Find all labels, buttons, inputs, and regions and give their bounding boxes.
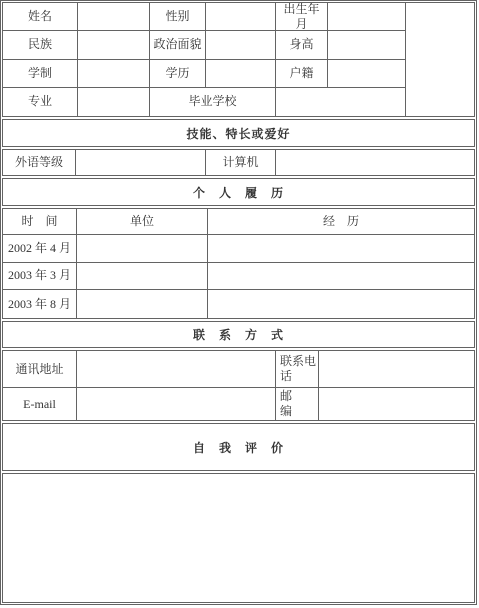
grad-school-value-cell[interactable] [276,88,406,116]
self-evaluation-content-cell[interactable] [2,473,475,603]
email-value-cell[interactable] [77,388,276,420]
grad-school-label: 毕业学校 [150,88,276,116]
history-row-time: 2002 年 4 月 [3,235,77,263]
history-row-time: 2003 年 3 月 [3,263,77,291]
skills-table: 外语等级 计算机 [2,149,475,176]
political-status-value-cell[interactable] [206,31,276,59]
self-evaluation-section-header: 自 我 评 价 [2,423,475,471]
history-row-unit-cell[interactable] [77,235,208,263]
schooling-value-cell[interactable] [78,60,150,88]
foreign-language-value-cell[interactable] [76,150,206,175]
history-row-experience-cell[interactable] [208,263,474,291]
ethnicity-label: 民族 [3,31,78,59]
history-col-time: 时 间 [3,209,77,235]
phone-label: 联系电 话 [276,351,319,388]
height-value-cell[interactable] [328,31,406,59]
gender-label: 性别 [150,3,206,31]
history-col-unit: 单位 [77,209,208,235]
history-row-experience-cell[interactable] [208,290,474,318]
birth-date-value-cell[interactable] [328,3,406,31]
gender-value-cell[interactable] [206,3,276,31]
computer-value-cell[interactable] [276,150,474,175]
history-table: 时 间 单位 经 历 2002 年 4 月 2003 年 3 月 2003 年 … [2,208,475,319]
history-row-unit-cell[interactable] [77,290,208,318]
major-label: 专业 [3,88,78,116]
history-col-experience: 经 历 [208,209,474,235]
history-section-header: 个 人 履 历 [2,178,475,206]
schooling-label: 学制 [3,60,78,88]
address-value-cell[interactable] [77,351,276,388]
contact-section-header: 联 系 方 式 [2,321,475,348]
form-outer-frame: 姓名 性别 出生年 月 民族 政治面貌 身高 学制 学历 户籍 专业 毕业学校 [0,0,477,605]
foreign-language-label: 外语等级 [3,150,76,175]
registry-value-cell[interactable] [328,60,406,88]
postal-code-value-cell[interactable] [319,388,474,420]
postal-code-label: 邮 编 [276,388,319,420]
computer-label: 计算机 [206,150,276,175]
political-status-label: 政治面貌 [150,31,206,59]
personal-info-table: 姓名 性别 出生年 月 民族 政治面貌 身高 学制 学历 户籍 专业 毕业学校 [2,2,475,117]
ethnicity-value-cell[interactable] [78,31,150,59]
photo-cell[interactable] [406,3,474,116]
name-label: 姓名 [3,3,78,31]
education-label: 学历 [150,60,206,88]
email-label: E-mail [3,388,77,420]
major-value-cell[interactable] [78,88,150,116]
height-label: 身高 [276,31,328,59]
skills-section-header: 技能、特长或爱好 [2,119,475,147]
address-label: 通讯地址 [3,351,77,388]
history-row-unit-cell[interactable] [77,263,208,291]
contact-table: 通讯地址 联系电 话 E-mail 邮 编 [2,350,475,421]
history-row-time: 2003 年 8 月 [3,290,77,318]
resume-form-page: 姓名 性别 出生年 月 民族 政治面貌 身高 学制 学历 户籍 专业 毕业学校 [0,0,479,608]
phone-value-cell[interactable] [319,351,474,388]
education-value-cell[interactable] [206,60,276,88]
history-row-experience-cell[interactable] [208,235,474,263]
name-value-cell[interactable] [78,3,150,31]
registry-label: 户籍 [276,60,328,88]
birth-date-label: 出生年 月 [276,3,328,31]
